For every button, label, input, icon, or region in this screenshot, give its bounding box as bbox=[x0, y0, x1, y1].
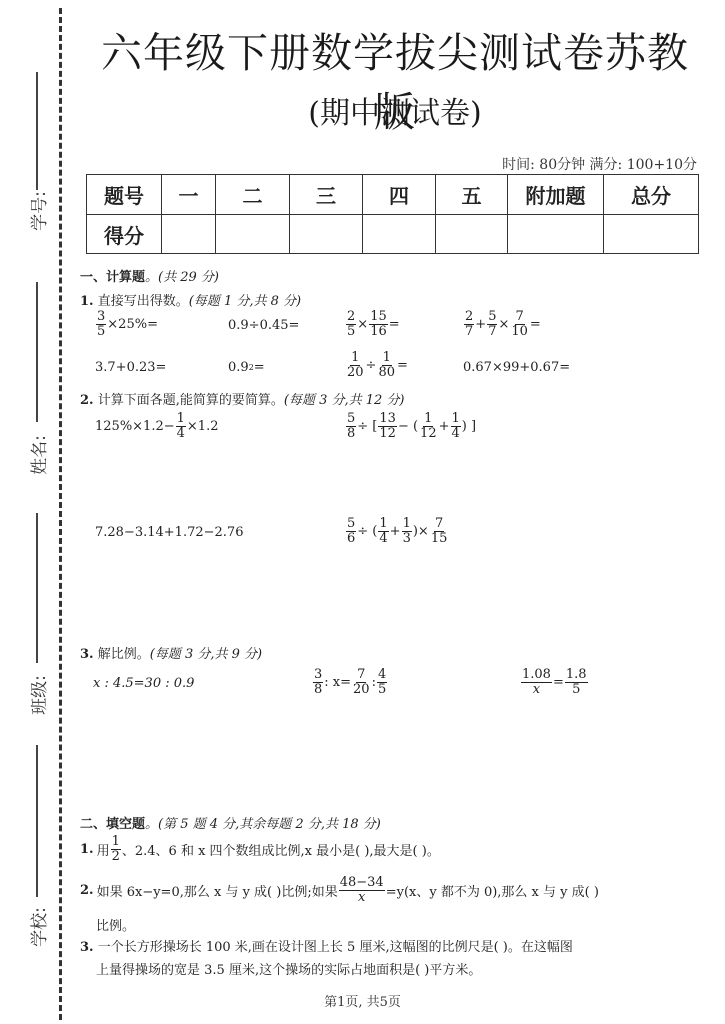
s1-q2-item-b: 58÷ [1312− (112+14) ] bbox=[345, 412, 476, 440]
score-table: 题号 一 二 三 四 五 附加题 总分 得分 bbox=[86, 174, 699, 254]
exam-meta: 时间: 80分钟 满分: 100+10分 bbox=[502, 154, 697, 174]
score-cell-4[interactable] bbox=[363, 215, 436, 254]
s1-q1-item-a: 35×25%= bbox=[95, 310, 158, 338]
school-label: 学校: bbox=[25, 907, 47, 947]
score-row-label: 得分 bbox=[87, 215, 162, 254]
header-cell-total: 总分 bbox=[604, 175, 699, 215]
s1-q1-item-c: 25×1516= bbox=[345, 310, 400, 338]
section-1-heading: 一、计算题。(共 29 分) bbox=[80, 266, 219, 285]
header-cell-5: 五 bbox=[436, 175, 508, 215]
student-id-blank-line bbox=[36, 72, 38, 190]
s2-q2-line2: 比例。 bbox=[96, 915, 135, 934]
header-cell-2: 二 bbox=[216, 175, 290, 215]
class-blank-line bbox=[36, 513, 38, 663]
header-cell-question-no: 题号 bbox=[87, 175, 162, 215]
s1-q1-item-b: 0.9÷0.45= bbox=[228, 318, 299, 333]
header-cell-bonus: 附加题 bbox=[508, 175, 604, 215]
score-cell-bonus[interactable] bbox=[508, 215, 604, 254]
s1-q1-item-g: 120÷180= bbox=[345, 351, 408, 379]
s2-q2-line1: 2.如果 6x−y=0,那么 x 与 y 成( )比例;如果48−34x=y(x… bbox=[80, 876, 599, 904]
s1-q1-item-f: 0.92 = bbox=[228, 360, 265, 375]
s2-q1: 1.用12、2.4、6 和 x 四个数组成比例,x 最小是( ),最大是( )。 bbox=[80, 835, 440, 863]
s1-q2-item-d: 56÷ (14+13)×715 bbox=[345, 517, 449, 545]
binding-dashed-line bbox=[59, 8, 62, 1020]
s1-q3-item-c: 1.08x=1.85 bbox=[520, 668, 589, 696]
score-cell-total[interactable] bbox=[604, 215, 699, 254]
class-label: 班级: bbox=[25, 675, 47, 715]
page-number: 第1页, 共5页 bbox=[0, 991, 725, 1010]
page-subtitle: (期中测试卷) bbox=[90, 88, 700, 132]
name-label: 姓名: bbox=[25, 435, 47, 475]
score-cell-2[interactable] bbox=[216, 215, 290, 254]
score-cell-1[interactable] bbox=[162, 215, 216, 254]
name-blank-line bbox=[36, 282, 38, 422]
score-cell-3[interactable] bbox=[290, 215, 363, 254]
s1-q2-prompt: 2. 计算下面各题,能简算的要简算。(每题 3 分,共 12 分) bbox=[80, 389, 404, 408]
s1-q3-item-a: x : 4.5=30 : 0.9 bbox=[93, 676, 194, 691]
header-cell-3: 三 bbox=[290, 175, 363, 215]
s2-q3-line1: 3. 一个长方形操场长 100 米,画在设计图上长 5 厘米,这幅图的比例尺是(… bbox=[80, 936, 573, 955]
school-blank-line bbox=[36, 745, 38, 897]
score-cell-5[interactable] bbox=[436, 215, 508, 254]
s2-q3-line2: 上量得操场的宽是 3.5 厘米,这个操场的实际占地面积是( )平方米。 bbox=[96, 959, 481, 978]
s1-q2-item-a: 125%×1.2−14×1.2 bbox=[95, 412, 218, 440]
header-cell-4: 四 bbox=[363, 175, 436, 215]
section-2-heading: 二、填空题。(第 5 题 4 分,其余每题 2 分,共 18 分) bbox=[80, 813, 381, 832]
s1-q1-item-e: 3.7+0.23= bbox=[95, 360, 166, 375]
s1-q1-prompt: 1. 直接写出得数。(每题 1 分,共 8 分) bbox=[80, 290, 301, 309]
student-id-label: 学号: bbox=[25, 191, 47, 231]
s1-q1-item-h: 0.67×99+0.67= bbox=[463, 360, 570, 375]
s1-q3-prompt: 3. 解比例。(每题 3 分,共 9 分) bbox=[80, 643, 262, 662]
s1-q2-item-c: 7.28−3.14+1.72−2.76 bbox=[95, 525, 243, 540]
s1-q1-item-d: 27+57×710= bbox=[463, 310, 541, 338]
header-cell-1: 一 bbox=[162, 175, 216, 215]
s1-q3-item-b: 38 : x=720 : 45 bbox=[312, 668, 388, 696]
